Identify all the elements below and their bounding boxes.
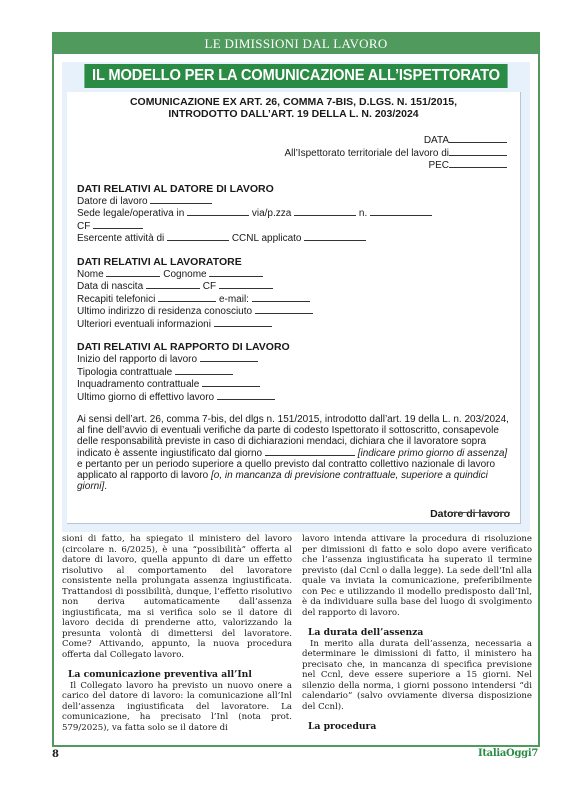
seat-label: Sede legale/operativa in	[77, 208, 184, 219]
declaration: Ai sensi dell’art. 26, comma 7-bis, del …	[77, 415, 510, 493]
level-label: Inquadramento contrattuale	[77, 379, 199, 390]
communication-form: COMUNICAZIONE EX ART. 26, COMMA 7-BIS, D…	[67, 92, 521, 524]
info-field[interactable]	[214, 318, 272, 327]
box-title: IL MODELLO PER LA COMUNICAZIONE ALL’ISPE…	[84, 64, 507, 88]
pec-label: PEC	[428, 160, 449, 171]
employer-section: DATI RELATIVI AL DATORE DI LAVORO Datore…	[77, 184, 510, 245]
birth-field[interactable]	[146, 280, 200, 289]
form-panel: IL MODELLO PER LA COMUNICAZIONE ALL’ISPE…	[62, 62, 530, 532]
ccnl-field[interactable]	[304, 232, 366, 241]
declaration-note-1: [indicare primo giorno di assenza]	[358, 448, 508, 459]
article-column-right: lavoro intenda attivare la procedura di …	[302, 534, 532, 733]
phone-field[interactable]	[158, 293, 216, 302]
office-label: All’Ispettorato territoriale del lavoro …	[284, 148, 449, 159]
start-label: Inizio del rapporto di lavoro	[77, 354, 197, 365]
activity-label: Esercente attività di	[77, 233, 164, 244]
page-number: 8	[52, 749, 59, 760]
number-field[interactable]	[370, 207, 432, 216]
pec-field[interactable]	[449, 159, 507, 168]
residence-field[interactable]	[255, 305, 313, 314]
info-label: Ulteriori eventuali informazioni	[77, 319, 211, 330]
employer-cf-label: CF	[77, 221, 90, 232]
article-subheading: La comunicazione preventiva all’Inl	[62, 670, 292, 681]
activity-field[interactable]	[167, 232, 229, 241]
worker-section: DATI RELATIVI AL LAVORATORE Nome Cognome…	[77, 257, 510, 331]
article-paragraph: lavoro intenda attivare la procedura di …	[302, 534, 532, 618]
employer-section-title: DATI RELATIVI AL DATORE DI LAVORO	[77, 184, 510, 195]
article-subheading: La durata dell’assenza	[302, 628, 532, 639]
article-body: sioni di fatto, ha spiegato il ministero…	[62, 534, 532, 744]
relationship-section: DATI RELATIVI AL RAPPORTO DI LAVORO Iniz…	[77, 342, 510, 403]
number-label: n.	[359, 208, 367, 219]
signature-field[interactable]	[452, 512, 510, 513]
absence-date-field[interactable]	[265, 447, 355, 456]
article-frame: LE DIMISSIONI DAL LAVORO IL MODELLO PER …	[52, 32, 540, 747]
last-day-label: Ultimo giorno di effettivo lavoro	[77, 392, 214, 403]
worker-section-title: DATI RELATIVI AL LAVORATORE	[77, 257, 510, 268]
last-day-field[interactable]	[217, 391, 275, 400]
article-paragraph: Il Collegato lavoro ha previsto un nuovo…	[62, 681, 292, 734]
email-field[interactable]	[252, 293, 310, 302]
address-block: DATA All’Ispettorato territoriale del la…	[77, 134, 510, 172]
type-field[interactable]	[175, 366, 233, 375]
brand-logo: ItaliaOggi7	[478, 748, 538, 759]
start-field[interactable]	[200, 353, 258, 362]
employer-cf-field[interactable]	[93, 220, 143, 229]
birth-label: Data di nascita	[77, 281, 143, 292]
name-field[interactable]	[106, 268, 160, 277]
section-header: LE DIMISSIONI DAL LAVORO	[54, 34, 538, 54]
type-label: Tipologia contrattuale	[77, 367, 172, 378]
phone-label: Recapiti telefonici	[77, 294, 155, 305]
employer-field[interactable]	[150, 195, 212, 204]
street-field[interactable]	[294, 207, 356, 216]
article-paragraph: In merito alla durata dell’assenza, nece…	[302, 639, 532, 713]
name-label: Nome	[77, 269, 104, 280]
form-heading: COMUNICAZIONE EX ART. 26, COMMA 7-BIS, D…	[77, 96, 510, 120]
form-heading-line2: INTRODOTTO DALL’ART. 19 DELLA L. N. 203/…	[77, 108, 510, 120]
surname-field[interactable]	[209, 268, 263, 277]
relationship-section-title: DATI RELATIVI AL RAPPORTO DI LAVORO	[77, 342, 510, 353]
seat-field[interactable]	[187, 207, 249, 216]
office-field[interactable]	[449, 147, 507, 156]
level-field[interactable]	[202, 378, 260, 387]
worker-cf-field[interactable]	[219, 280, 273, 289]
street-label: via/p.zza	[252, 208, 291, 219]
worker-cf-label: CF	[203, 281, 216, 292]
employer-label: Datore di lavoro	[77, 196, 148, 207]
ccnl-label: CCNL applicato	[232, 233, 302, 244]
surname-label: Cognome	[163, 269, 206, 280]
declaration-text-3: .	[104, 481, 107, 492]
email-label: e-mail:	[219, 294, 249, 305]
article-subheading: La procedura	[302, 722, 532, 733]
form-heading-line1: COMUNICAZIONE EX ART. 26, COMMA 7-BIS, D…	[77, 96, 510, 108]
date-field[interactable]	[449, 134, 507, 143]
residence-label: Ultimo indirizzo di residenza conosciuto	[77, 306, 252, 317]
article-paragraph: sioni di fatto, ha spiegato il ministero…	[62, 534, 292, 660]
signature-label: Datore di lavoro	[77, 509, 510, 520]
date-label: DATA	[424, 135, 449, 146]
article-column-left: sioni di fatto, ha spiegato il ministero…	[62, 534, 292, 733]
